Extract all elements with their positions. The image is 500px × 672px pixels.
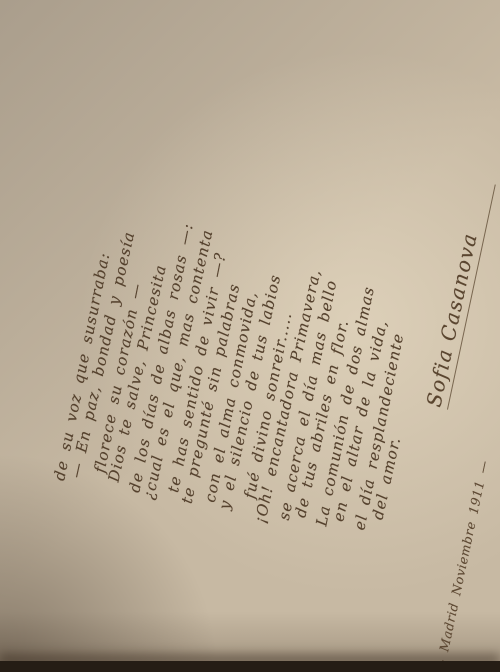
handwritten-poem: de su voz que susurraba: — En paz, bonda… [48,107,496,557]
photo-bottom-edge [0,661,500,672]
manuscript-photo: { "poem": { "lines": [ "de su voz que su… [0,0,500,672]
